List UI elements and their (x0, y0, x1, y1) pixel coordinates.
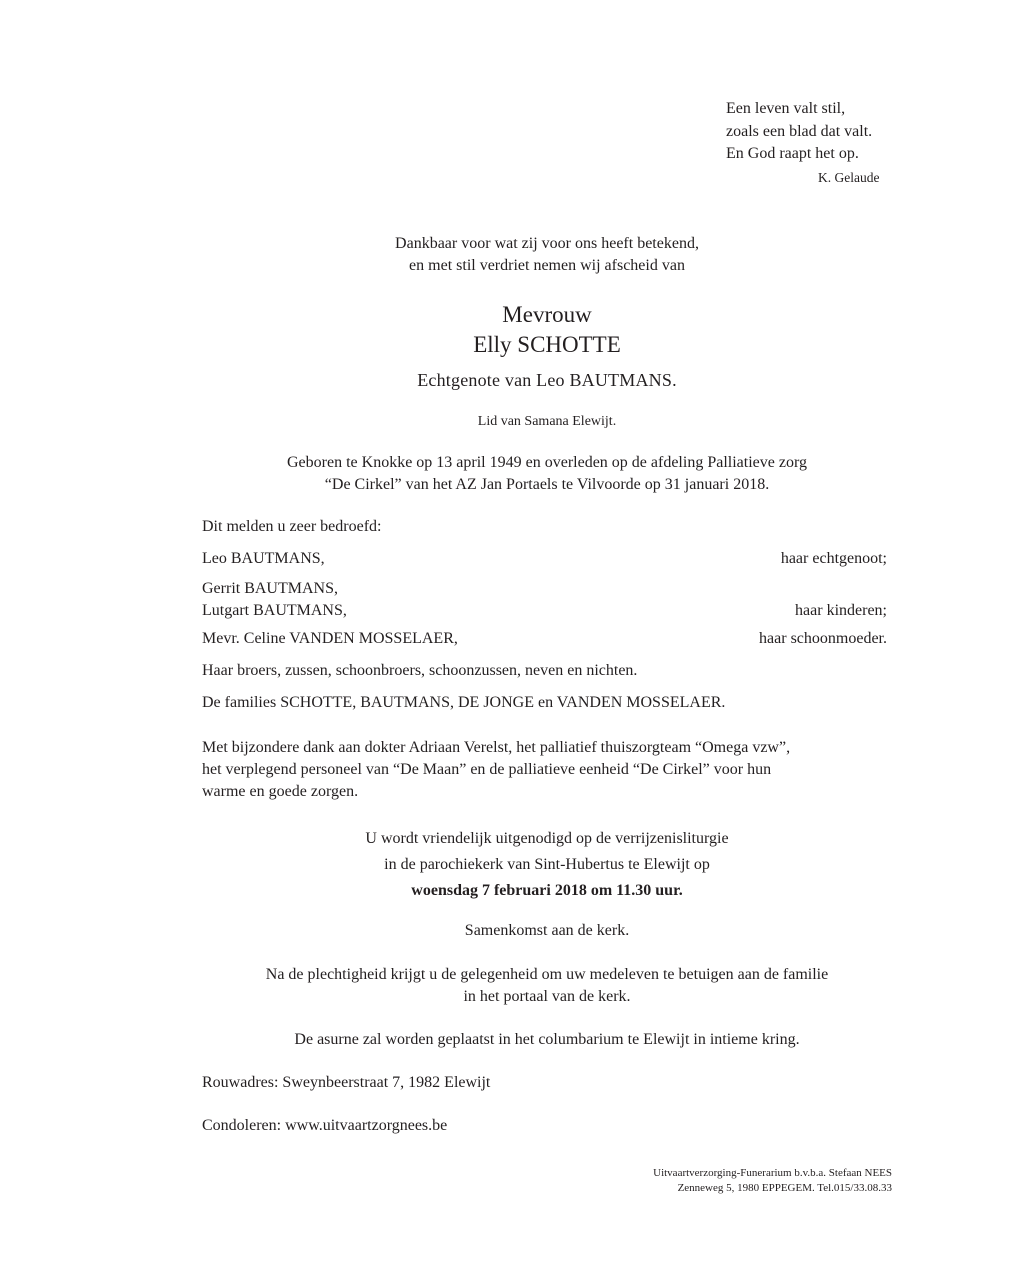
mourner-row: Gerrit BAUTMANS, Lutgart BAUTMANS, haar … (202, 578, 887, 622)
intro-text: Dankbaar voor wat zij voor ons heeft bet… (0, 233, 1024, 277)
thanks-line: warme en goede zorgen. (202, 781, 892, 803)
poem-line: zoals een blad dat valt. (726, 121, 872, 144)
mourner-relation: haar schoonmoeder. (759, 628, 887, 650)
birth-line: Geboren te Knokke op 13 april 1949 en ov… (0, 452, 1024, 474)
condolences: Condoleren: www.uitvaartzorgnees.be (202, 1115, 447, 1137)
condolence-info: Na de plechtigheid krijgt u de gelegenhe… (0, 964, 1024, 1008)
condolence-info-line: in het portaal van de kerk. (0, 986, 1024, 1008)
mourning-address: Rouwadres: Sweynbeerstraat 7, 1982 Elewi… (202, 1072, 490, 1094)
families: De families SCHOTTE, BAUTMANS, DE JONGE … (202, 692, 725, 714)
condolences-link[interactable]: www.uitvaartzorgnees.be (285, 1117, 447, 1134)
announcement: Dit melden u zeer bedroefd: (202, 516, 381, 538)
funeral-home: Uitvaartverzorging-Funerarium b.v.b.a. S… (653, 1166, 892, 1196)
poem-author: K. Gelaude (818, 170, 879, 186)
gathering: Samenkomst aan de kerk. (0, 920, 1024, 942)
mourner-name: Lutgart BAUTMANS, (202, 600, 887, 622)
thanks-text: Met bijzondere dank aan dokter Adriaan V… (202, 737, 892, 803)
invitation: U wordt vriendelijk uitgenodigd op de ve… (0, 826, 1024, 904)
mourner-row: Mevr. Celine VANDEN MOSSELAER, haar scho… (202, 628, 887, 650)
poem: Een leven valt stil, zoals een blad dat … (726, 98, 872, 166)
mourner-relation: haar echtgenoot; (781, 548, 887, 570)
membership: Lid van Samana Elewijt. (0, 412, 1024, 432)
urn-info: De asurne zal worden geplaatst in het co… (0, 1029, 1024, 1051)
deceased-name: Elly SCHOTTE (0, 330, 1024, 360)
mourner-row: Leo BAUTMANS, haar echtgenoot; (202, 548, 887, 570)
invitation-line: U wordt vriendelijk uitgenodigd op de ve… (0, 826, 1024, 852)
death-line: “De Cirkel” van het AZ Jan Portaels te V… (0, 474, 1024, 496)
intro-line: en met stil verdriet nemen wij afscheid … (0, 255, 1024, 277)
funeral-home-address: Zenneweg 5, 1980 EPPEGEM. Tel.015/33.08.… (653, 1181, 892, 1196)
thanks-line: Met bijzondere dank aan dokter Adriaan V… (202, 737, 892, 759)
birth-death-text: Geboren te Knokke op 13 april 1949 en ov… (0, 452, 1024, 496)
condolence-info-line: Na de plechtigheid krijgt u de gelegenhe… (0, 964, 1024, 986)
mourner-name: Gerrit BAUTMANS, (202, 578, 887, 600)
condolences-label: Condoleren: (202, 1117, 285, 1134)
poem-line: En God raapt het op. (726, 143, 872, 166)
intro-line: Dankbaar voor wat zij voor ons heeft bet… (0, 233, 1024, 255)
spouse-line: Echtgenote van Leo BAUTMANS. (0, 368, 1024, 392)
relatives: Haar broers, zussen, schoonbroers, schoo… (202, 660, 637, 682)
funeral-home-name: Uitvaartverzorging-Funerarium b.v.b.a. S… (653, 1166, 892, 1181)
poem-line: Een leven valt stil, (726, 98, 872, 121)
service-datetime: woensdag 7 februari 2018 om 11.30 uur. (411, 882, 682, 899)
invitation-line: in de parochiekerk van Sint-Hubertus te … (0, 852, 1024, 878)
mourner-relation: haar kinderen; (795, 600, 887, 622)
salutation: Mevrouw (0, 300, 1024, 330)
thanks-line: het verplegend personeel van “De Maan” e… (202, 759, 892, 781)
